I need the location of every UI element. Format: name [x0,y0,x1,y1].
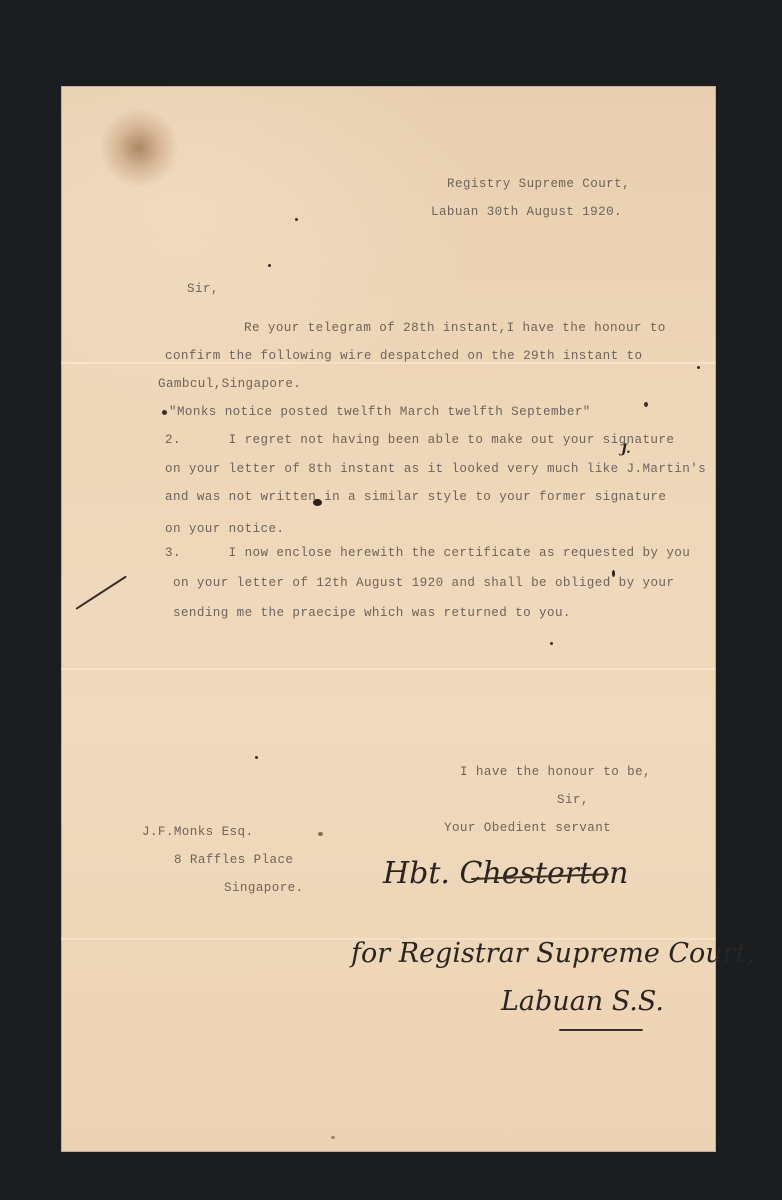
body-line: confirm the following wire despatched on… [165,349,642,363]
body-line: on your letter of 8th instant as it look… [165,462,706,476]
body-line: Gambcul,Singapore. [158,377,301,391]
ink-spot [295,218,298,221]
addressee-street: 8 Raffles Place [174,853,293,867]
ink-spot [697,366,700,369]
body-line: and was not written in a similar style t… [165,490,666,504]
signature-place: Labuan S.S. [501,986,664,1017]
handwritten-initial-insert: J. [621,442,631,457]
body-line: 2. I regret not having been able to make… [165,433,674,447]
closing-line-3: Your Obedient servant [444,821,611,835]
ink-blot [313,499,322,506]
signature-title: for Registrar Supreme Court, [351,938,755,969]
body-line: sending me the praecipe which was return… [173,606,571,620]
ink-spot [644,402,648,407]
body-line: Re your telegram of 28th instant,I have … [244,321,666,335]
quoted-wire-line: "Monks notice posted twelfth March twelf… [169,405,591,419]
ink-spot [162,410,167,415]
margin-pen-mark [75,575,126,609]
ink-blot [612,570,615,577]
ink-spot [331,1136,335,1139]
letter-paper: Registry Supreme Court, Labuan 30th Augu… [61,86,716,1152]
addressee-city: Singapore. [224,881,304,895]
header-line-2: Labuan 30th August 1920. [431,205,622,219]
ink-spot [318,832,323,836]
fold-line [61,668,716,670]
closing-line-2: Sir, [557,793,589,807]
salutation: Sir, [187,282,219,296]
ink-spot [550,642,553,645]
body-line: 3. I now enclose herewith the certificat… [165,546,690,560]
ink-spot [268,264,271,267]
ink-spot [255,756,258,759]
header-line-1: Registry Supreme Court, [447,177,630,191]
signature-underline [559,1029,643,1031]
body-line: on your notice. [165,522,284,536]
addressee-name: J.F.Monks Esq. [142,825,253,839]
body-line: on your letter of 12th August 1920 and s… [173,576,674,590]
closing-line-1: I have the honour to be, [460,765,651,779]
